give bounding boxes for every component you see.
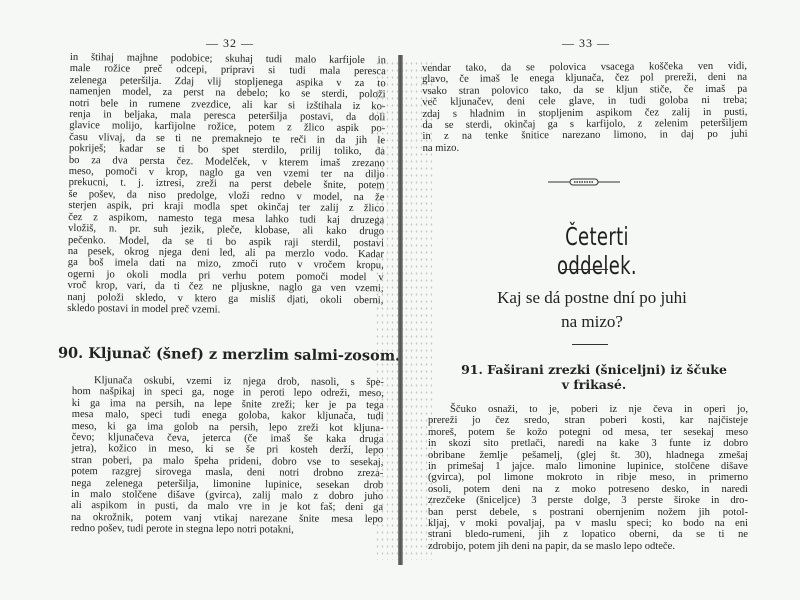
text-line: prereži jo čez sredo, stran poberi kosti… bbox=[428, 415, 748, 426]
left-page: — 32 — in štihaj majhne podobice; skuhaj… bbox=[0, 0, 398, 600]
text-line: strani bledo-rumeni, jih z lopatico ober… bbox=[428, 529, 748, 540]
ornament-divider-icon bbox=[548, 178, 620, 186]
subtitle-line: na mizo? bbox=[452, 310, 732, 334]
recipe-heading: 91. Faširani zrezki (šniceljni) iz ščuke… bbox=[424, 362, 764, 392]
text-line: moreš, potem še kožo potegni od mesa, te… bbox=[428, 427, 748, 438]
continued-text: vendar tako, da se polovica vsacega košč… bbox=[422, 61, 748, 155]
section-subtitle: Kaj se dá postne dní po juhi na mizo? bbox=[452, 286, 732, 334]
text-line: ban perst debele, s postrani obernjenim … bbox=[428, 507, 748, 518]
text-line: (gvirca), pol limone mokroto in ribje me… bbox=[428, 472, 748, 483]
text-line: Ščuko osnaži, to je, poberi iz nje čeva … bbox=[428, 404, 748, 415]
text-line: osoli, potem deni na z moko potreseno de… bbox=[428, 484, 748, 495]
text-line: zdrobijo, potem jih deni na papir, da se… bbox=[428, 541, 748, 552]
divider-rule bbox=[562, 269, 608, 270]
text-line: obribane žemlje pešamelj, (glej št. 30),… bbox=[428, 450, 748, 461]
recipe-heading-line: v frikasé. bbox=[424, 377, 764, 392]
right-page: — 33 — vendar tako, da se polovica vsace… bbox=[402, 0, 800, 600]
page-number: — 32 — bbox=[206, 36, 254, 51]
divider-rule bbox=[572, 344, 608, 345]
text-line: kljaj, v moki povaljaj, pa v maslu speci… bbox=[428, 518, 748, 529]
text-line: in skozi sito pretlači, naredi na kake 3… bbox=[428, 438, 748, 449]
recipe-text: Ščuko osnaži, to je, poberi iz nje čeva … bbox=[428, 404, 748, 552]
text-line: zrezčeke (šnicelјce) 3 perste dolge, 3 p… bbox=[428, 495, 748, 506]
text-line: redno pošev, tudi perote in stegna lepo … bbox=[71, 523, 383, 537]
page-number: — 33 — bbox=[562, 36, 610, 51]
continued-text: in štihaj majhne podobice; skuhaj tudi m… bbox=[67, 52, 386, 318]
text-line: in z na tenke šnitice narezano limono, i… bbox=[422, 129, 747, 143]
text-line: na mizo. bbox=[423, 141, 748, 155]
section-title: Četerti oddelek. bbox=[529, 222, 666, 280]
recipe-heading: 90. Kljunač (šnef) z merzlim salmi-zosom… bbox=[58, 345, 388, 365]
recipe-text: Kljunača oskubi, vzemi iz njega drob, na… bbox=[71, 375, 384, 537]
recipe-heading-line: 91. Faširani zrezki (šniceljni) iz ščuke bbox=[424, 362, 764, 377]
subtitle-line: Kaj se dá postne dní po juhi bbox=[452, 286, 732, 310]
text-line: in primešaj 1 jajce. malo limonine lupin… bbox=[428, 461, 748, 472]
